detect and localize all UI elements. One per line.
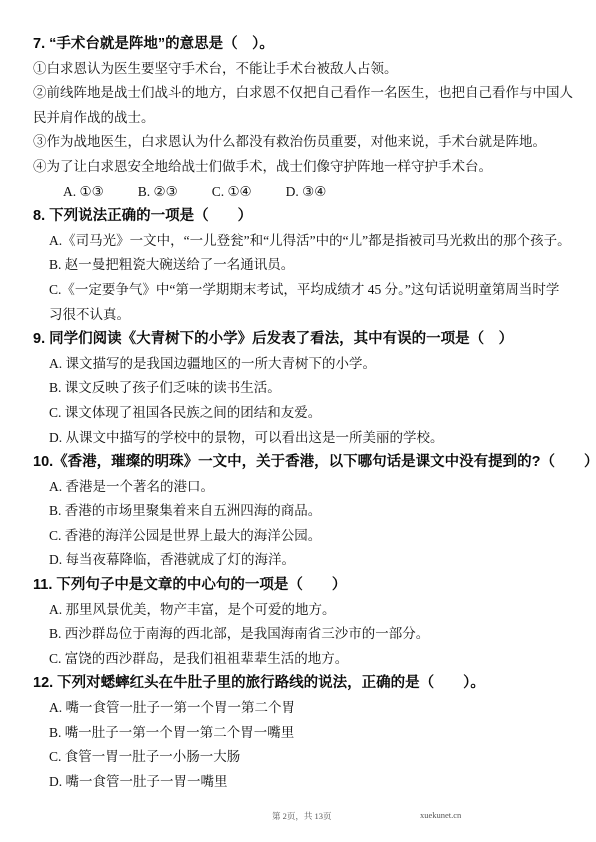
website-watermark: xuekunet.cn: [420, 810, 461, 820]
question-10-option-d: D. 每当夜幕降临，香港就成了灯的海洋。: [0, 548, 596, 573]
question-7-statement-4: ④为了让白求恩安全地给战士们做手术，战士们像守护阵地一样守护手术台。: [0, 155, 596, 180]
question-8-option-c: C.《一定要争气》中“第一学期期末考试，平均成绩才 45 分。”这句话说明童第周…: [0, 278, 596, 303]
question-10-stem: 10.《香港，璀璨的明珠》一文中，关于香港，以下哪句话是课文中没有提到的?（ ）: [0, 450, 596, 475]
question-11: 11. 下列句子中是文章的中心句的一项是（ ） A. 那里风景优美，物产丰富，是…: [0, 573, 596, 671]
question-11-option-b: B. 西沙群岛位于南海的西北部，是我国海南省三沙市的一部分。: [0, 622, 596, 647]
question-7: 7. “手术台就是阵地”的意思是（ ）。 ①白求恩认为医生要坚守手术台，不能让手…: [0, 32, 596, 204]
question-10: 10.《香港，璀璨的明珠》一文中，关于香港，以下哪句话是课文中没有提到的?（ ）…: [0, 450, 596, 573]
question-10-option-b: B. 香港的市场里聚集着来自五洲四海的商品。: [0, 499, 596, 524]
question-9-option-c: C. 课文体现了祖国各民族之间的团结和友爱。: [0, 401, 596, 426]
question-9-stem: 9. 同学们阅读《大青树下的小学》后发表了看法，其中有误的一项是（ ）: [0, 327, 596, 352]
question-7-option-c: C. ①④: [212, 180, 252, 205]
question-9-option-d: D. 从课文中描写的学校中的景物，可以看出这是一所美丽的学校。: [0, 426, 596, 451]
page-number-indicator: 第 2页，共 13页: [272, 810, 332, 822]
exam-document-page: 7. “手术台就是阵地”的意思是（ ）。 ①白求恩认为医生要坚守手术台，不能让手…: [0, 0, 596, 842]
question-12-option-a: A. 嘴一食管一肚子一第一个胃一第二个胃: [0, 696, 596, 721]
question-7-statement-3: ③作为战地医生，白求恩认为什么都没有救治伤员重要，对他来说，手术台就是阵地。: [0, 130, 596, 155]
question-7-statement-1: ①白求恩认为医生要坚守手术台，不能让手术台被敌人占领。: [0, 57, 596, 82]
question-12: 12. 下列对蟋蟀红头在牛肚子里的旅行路线的说法，正确的是（ ）。 A. 嘴一食…: [0, 671, 596, 794]
question-8-option-b: B. 赵一曼把粗瓷大碗送给了一名通讯员。: [0, 253, 596, 278]
question-9-option-b: B. 课文反映了孩子们乏味的读书生活。: [0, 376, 596, 401]
question-9-option-a: A. 课文描写的是我国边疆地区的一所大青树下的小学。: [0, 352, 596, 377]
question-7-statement-2-cont: 民并肩作战的战士。: [0, 106, 596, 131]
question-11-option-a: A. 那里风景优美，物产丰富，是个可爱的地方。: [0, 598, 596, 623]
question-11-stem: 11. 下列句子中是文章的中心句的一项是（ ）: [0, 573, 596, 598]
question-8-option-c-cont: 习很不认真。: [0, 303, 596, 328]
question-7-statement-2: ②前线阵地是战士们战斗的地方，白求恩不仅把自己看作一名医生，也把自己看作与中国人: [0, 81, 596, 106]
question-12-option-d: D. 嘴一食管一肚子一胃一嘴里: [0, 770, 596, 795]
question-12-option-b: B. 嘴一肚子一第一个胃一第二个胃一嘴里: [0, 721, 596, 746]
question-7-stem: 7. “手术台就是阵地”的意思是（ ）。: [0, 32, 596, 57]
question-8-option-a: A.《司马光》一文中，“一儿登瓮”和“儿得活”中的“儿”都是指被司马光救出的那个…: [0, 229, 596, 254]
question-7-option-b: B. ②③: [138, 180, 178, 205]
question-12-stem: 12. 下列对蟋蟀红头在牛肚子里的旅行路线的说法，正确的是（ ）。: [0, 671, 596, 696]
question-7-option-d: D. ③④: [286, 180, 327, 205]
question-8: 8. 下列说法正确的一项是（ ） A.《司马光》一文中，“一儿登瓮”和“儿得活”…: [0, 204, 596, 327]
question-7-options-row: A. ①③ B. ②③ C. ①④ D. ③④: [0, 180, 596, 205]
question-7-option-a: A. ①③: [63, 180, 104, 205]
question-12-option-c: C. 食管一胃一肚子一小肠一大肠: [0, 745, 596, 770]
question-8-stem: 8. 下列说法正确的一项是（ ）: [0, 204, 596, 229]
question-10-option-a: A. 香港是一个著名的港口。: [0, 475, 596, 500]
question-11-option-c: C. 富饶的西沙群岛，是我们祖祖辈辈生活的地方。: [0, 647, 596, 672]
question-9: 9. 同学们阅读《大青树下的小学》后发表了看法，其中有误的一项是（ ） A. 课…: [0, 327, 596, 450]
question-10-option-c: C. 香港的海洋公园是世界上最大的海洋公园。: [0, 524, 596, 549]
